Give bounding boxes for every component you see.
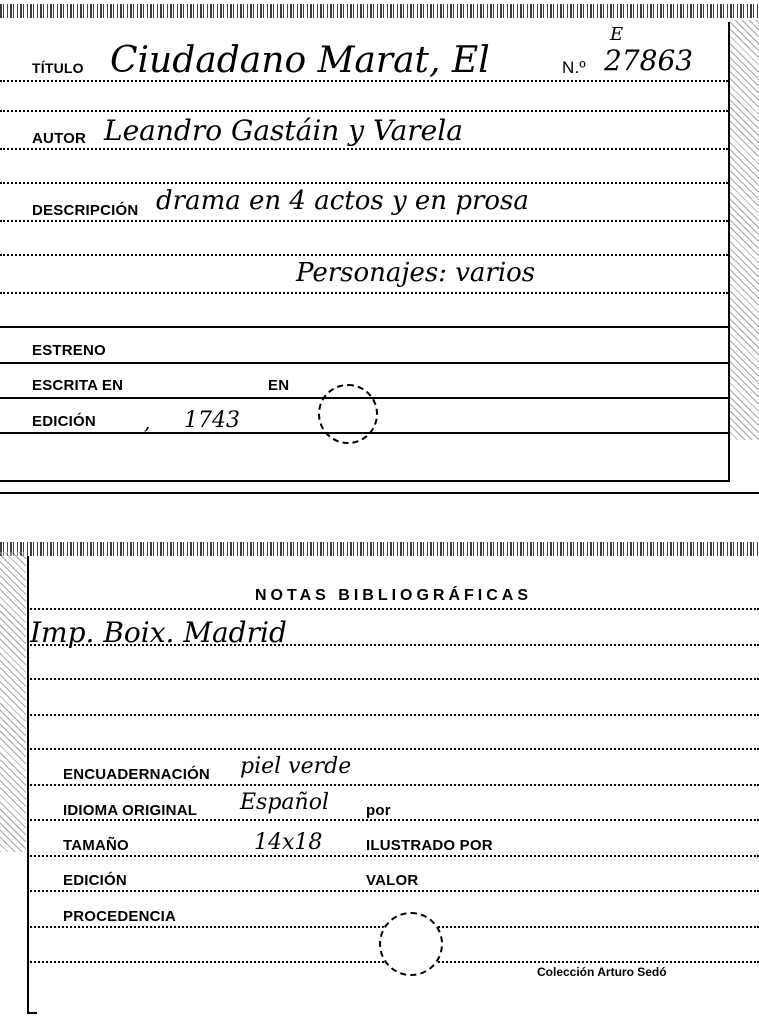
estreno-label: ESTRENO [32,342,106,359]
descripcion-value: drama en 4 actos y en prosa [156,186,529,216]
catalog-card-front: TÍTULO Ciudadano Marat, El N.º E 27863 A… [0,0,759,500]
rule-line [27,819,759,821]
rule-line [27,714,759,716]
ilustrado-por-label: ILUSTRADO POR [366,837,493,854]
card-edge-texture [0,4,759,18]
card-border-right [728,22,730,480]
rule-line [27,855,759,857]
descripcion-label: DESCRIPCIÓN [32,202,138,219]
autor-label: AUTOR [32,130,86,147]
rule-line [0,220,728,222]
idioma-original-label: IDIOMA ORIGINAL [63,802,197,819]
procedencia-label: PROCEDENCIA [63,908,176,925]
titulo-value: Ciudadano Marat, El [110,40,490,81]
encuadernacion-label: ENCUADERNACIÓN [63,766,210,783]
card-edge-texture-right [730,20,759,440]
tamano-label: TAMAÑO [63,837,129,854]
perforation-stamp [318,384,378,444]
rule-line [27,608,759,610]
card-corner-bottom [27,1012,37,1014]
card-separator [0,492,759,494]
valor-label: VALOR [366,872,418,889]
numero-label: N.º [562,58,586,78]
rule-line [27,678,759,680]
rule-line [0,110,728,112]
rule-line [0,254,728,256]
rule-line [0,182,728,184]
collection-footer: Colección Arturo Sedó [537,965,667,979]
notes-value: Imp. Boix. Madrid [30,616,287,649]
idioma-original-value: Español [240,790,329,815]
rule-line [0,292,728,294]
notas-heading: NOTAS BIBLIOGRÁFICAS [255,587,532,605]
autor-value: Leandro Gastáin y Varela [104,114,463,147]
perforation-stamp [379,912,443,976]
encuadernacion-value: piel verde [240,754,351,779]
edicion-mark: , [144,410,150,434]
numero-value: 27863 [604,44,693,77]
numero-annotation: E [610,24,623,45]
tamano-value: 14x18 [254,830,322,855]
rule-line [27,748,759,750]
catalog-card-back: NOTAS BIBLIOGRÁFICAS Imp. Boix. Madrid E… [0,540,759,1028]
card-edge-texture [0,542,759,556]
card-edge-texture-left [0,552,26,852]
titulo-label: TÍTULO [32,60,84,76]
en-label: EN [268,377,289,394]
idioma-original-suffix: por [366,802,391,819]
escrita-en-label: ESCRITA EN [32,377,123,394]
descripcion-value-line2: Personajes: varios [296,258,535,288]
rule-line [0,362,728,364]
rule-line [27,890,759,892]
card-border-bottom [0,480,730,482]
rule-line [0,326,728,328]
edicion-label: EDICIÓN [32,413,96,430]
edicion-value: 1743 [184,408,240,433]
rule-line [27,784,759,786]
edicion-label-back: EDICIÓN [63,872,127,889]
rule-line [0,148,728,150]
